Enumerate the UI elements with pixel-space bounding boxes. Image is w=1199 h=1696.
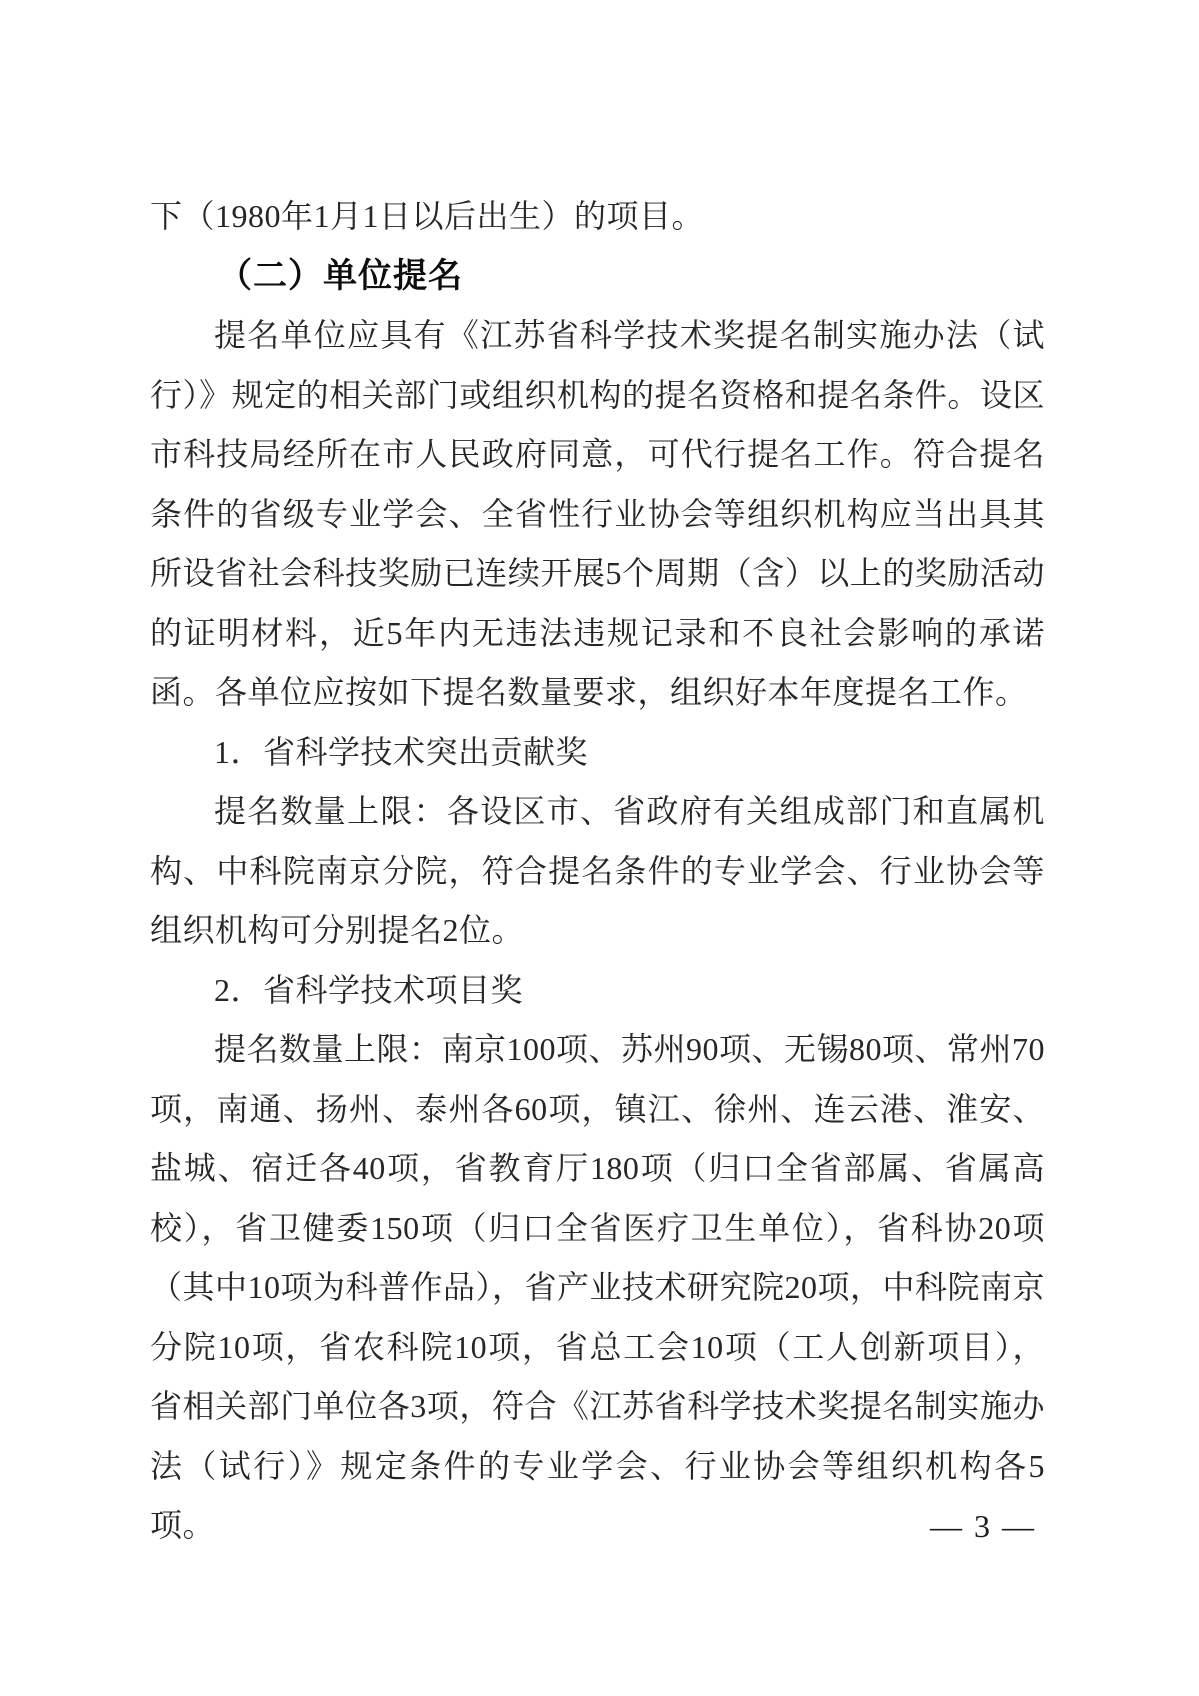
item-1-title: 1．省科学技术突出贡献奖 — [150, 723, 1045, 783]
paragraph-continuation: 下（1980年1月1日以后出生）的项目。 — [150, 187, 1045, 247]
paragraph-unit-nomination-rules: 提名单位应具有《江苏省科学技术奖提名制实施办法（试行）》规定的相关部门或组织机构… — [150, 306, 1045, 723]
page-number: — 3 — — [930, 1497, 1036, 1557]
section-heading: （二）单位提名 — [150, 247, 1045, 307]
document-page: 下（1980年1月1日以后出生）的项目。 （二）单位提名 提名单位应具有《江苏省… — [0, 0, 1199, 1696]
item-1-quota: 提名数量上限：各设区市、省政府有关组成部门和直属机构、中科院南京分院，符合提名条… — [150, 782, 1045, 961]
item-2-quota: 提名数量上限：南京100项、苏州90项、无锡80项、常州70项，南通、扬州、泰州… — [150, 1020, 1045, 1556]
item-2-title: 2．省科学技术项目奖 — [150, 961, 1045, 1021]
document-content: 下（1980年1月1日以后出生）的项目。 （二）单位提名 提名单位应具有《江苏省… — [150, 187, 1045, 1556]
